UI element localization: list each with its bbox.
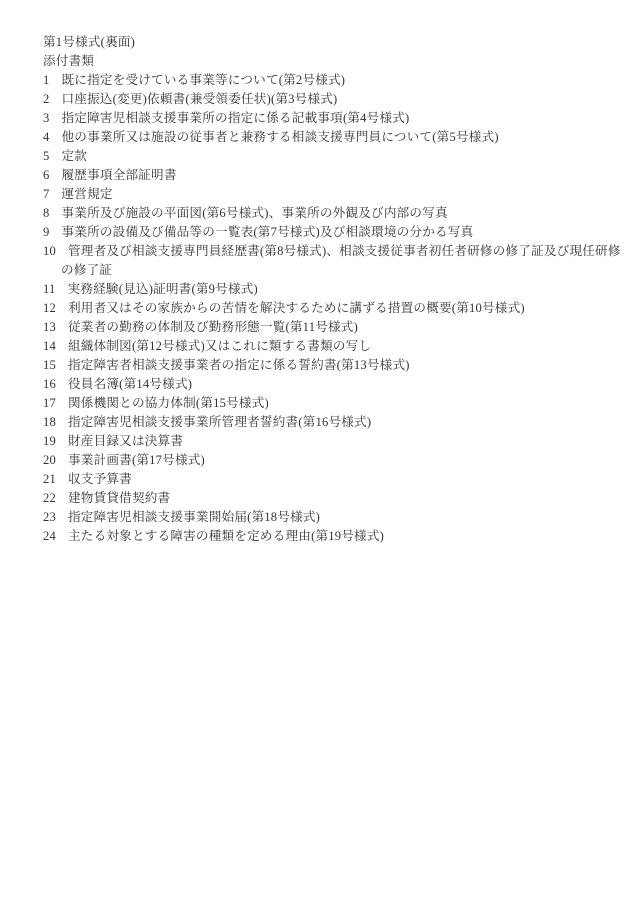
item-number: 20 [43, 451, 56, 470]
list-item: 24主たる対象とする障害の種類を定める理由(第19号様式) [43, 527, 618, 546]
list-item: 22建物賃貸借契約書 [43, 489, 618, 508]
item-number: 15 [43, 356, 56, 375]
item-number: 5 [43, 147, 50, 166]
attachments-title: 添付書類 [43, 52, 618, 71]
item-number: 17 [43, 394, 56, 413]
item-text: 口座振込(変更)依頼書(兼受領委任状)(第3号様式) [62, 92, 338, 106]
item-text: 指定障害児相談支援事業所管理者誓約書(第16号様式) [68, 415, 371, 429]
item-number: 23 [43, 508, 56, 527]
item-number: 19 [43, 432, 56, 451]
item-text: 事業所及び施設の平面図(第6号様式)、事業所の外観及び内部の写真 [62, 206, 448, 220]
list-item-continuation: の修了証 [43, 261, 618, 280]
item-number: 13 [43, 318, 56, 337]
item-text: 従業者の勤務の体制及び勤務形態一覧(第11号様式) [68, 320, 358, 334]
document-page: 第1号様式(裏面) 添付書類 1既に指定を受けている事業等について(第2号様式)… [0, 0, 630, 915]
item-number: 1 [43, 71, 50, 90]
item-number: 18 [43, 413, 56, 432]
item-text: 他の事業所又は施設の従事者と兼務する相談支援専門員について(第5号様式) [62, 130, 499, 144]
item-text: 運営規定 [62, 187, 113, 201]
list-item: 9事業所の設備及び備品等の一覧表(第7号様式)及び相談環境の分かる写真 [43, 223, 618, 242]
item-text: 事業所の設備及び備品等の一覧表(第7号様式)及び相談環境の分かる写真 [62, 225, 474, 239]
item-number: 22 [43, 489, 56, 508]
item-number: 10 [43, 242, 56, 261]
list-item: 18指定障害児相談支援事業所管理者誓約書(第16号様式) [43, 413, 618, 432]
item-number: 9 [43, 223, 50, 242]
list-item: 20事業計画書(第17号様式) [43, 451, 618, 470]
list-item: 6履歴事項全部証明書 [43, 166, 618, 185]
item-number: 24 [43, 527, 56, 546]
form-number-label: 第1号様式(裏面) [43, 33, 618, 52]
item-text: 役員名簿(第14号様式) [68, 377, 192, 391]
attachment-list: 第1号様式(裏面) 添付書類 1既に指定を受けている事業等について(第2号様式)… [43, 33, 618, 546]
list-item: 19財産目録又は決算書 [43, 432, 618, 451]
item-number: 11 [43, 280, 56, 299]
item-text: 実務経験(見込)証明書(第9号様式) [68, 282, 258, 296]
item-text: 建物賃貸借契約書 [68, 491, 170, 505]
list-item: 23指定障害児相談支援事業開始届(第18号様式) [43, 508, 618, 527]
item-text: 関係機関との協力体制(第15号様式) [68, 396, 269, 410]
list-item: 8事業所及び施設の平面図(第6号様式)、事業所の外観及び内部の写真 [43, 204, 618, 223]
list-item: 2口座振込(変更)依頼書(兼受領委任状)(第3号様式) [43, 90, 618, 109]
item-text: 指定障害児相談支援事業所の指定に係る記載事項(第4号様式) [62, 111, 410, 125]
item-text: 財産目録又は決算書 [68, 434, 183, 448]
list-item: 4他の事業所又は施設の従事者と兼務する相談支援専門員について(第5号様式) [43, 128, 618, 147]
list-item: 15指定障害者相談支援事業者の指定に係る誓約書(第13号様式) [43, 356, 618, 375]
item-text: 利用者又はその家族からの苦情を解決するために講ずる措置の概要(第10号様式) [68, 301, 525, 315]
item-number: 12 [43, 299, 56, 318]
list-item: 13従業者の勤務の体制及び勤務形態一覧(第11号様式) [43, 318, 618, 337]
item-number: 21 [43, 470, 56, 489]
list-item: 16役員名簿(第14号様式) [43, 375, 618, 394]
item-text: 事業計画書(第17号様式) [68, 453, 205, 467]
list-item: 10管理者及び相談支援専門員経歴書(第8号様式)、相談支援従事者初任者研修の修了… [43, 242, 618, 261]
item-number: 2 [43, 90, 50, 109]
item-number: 4 [43, 128, 50, 147]
list-item: 5定款 [43, 147, 618, 166]
list-item: 21収支予算書 [43, 470, 618, 489]
list-item: 14組織体制図(第12号様式)又はこれに類する書類の写し [43, 337, 618, 356]
item-number: 14 [43, 337, 56, 356]
item-text: 履歴事項全部証明書 [62, 168, 177, 182]
item-text: 指定障害者相談支援事業者の指定に係る誓約書(第13号様式) [68, 358, 410, 372]
list-item: 1既に指定を受けている事業等について(第2号様式) [43, 71, 618, 90]
item-text: 定款 [62, 149, 88, 163]
item-number: 7 [43, 185, 50, 204]
item-number: 6 [43, 166, 50, 185]
item-number: 3 [43, 109, 50, 128]
item-number: 8 [43, 204, 50, 223]
list-item: 11実務経験(見込)証明書(第9号様式) [43, 280, 618, 299]
item-text: 組織体制図(第12号様式)又はこれに類する書類の写し [68, 339, 371, 353]
item-text: 主たる対象とする障害の種類を定める理由(第19号様式) [68, 529, 384, 543]
list-item: 12利用者又はその家族からの苦情を解決するために講ずる措置の概要(第10号様式) [43, 299, 618, 318]
item-number: 16 [43, 375, 56, 394]
item-text: 指定障害児相談支援事業開始届(第18号様式) [68, 510, 320, 524]
list-item: 7運営規定 [43, 185, 618, 204]
item-text: 管理者及び相談支援専門員経歴書(第8号様式)、相談支援従事者初任者研修の修了証及… [68, 244, 621, 258]
list-item: 3指定障害児相談支援事業所の指定に係る記載事項(第4号様式) [43, 109, 618, 128]
item-text: 既に指定を受けている事業等について(第2号様式) [62, 73, 346, 87]
list-item: 17関係機関との協力体制(第15号様式) [43, 394, 618, 413]
item-text: 収支予算書 [68, 472, 132, 486]
